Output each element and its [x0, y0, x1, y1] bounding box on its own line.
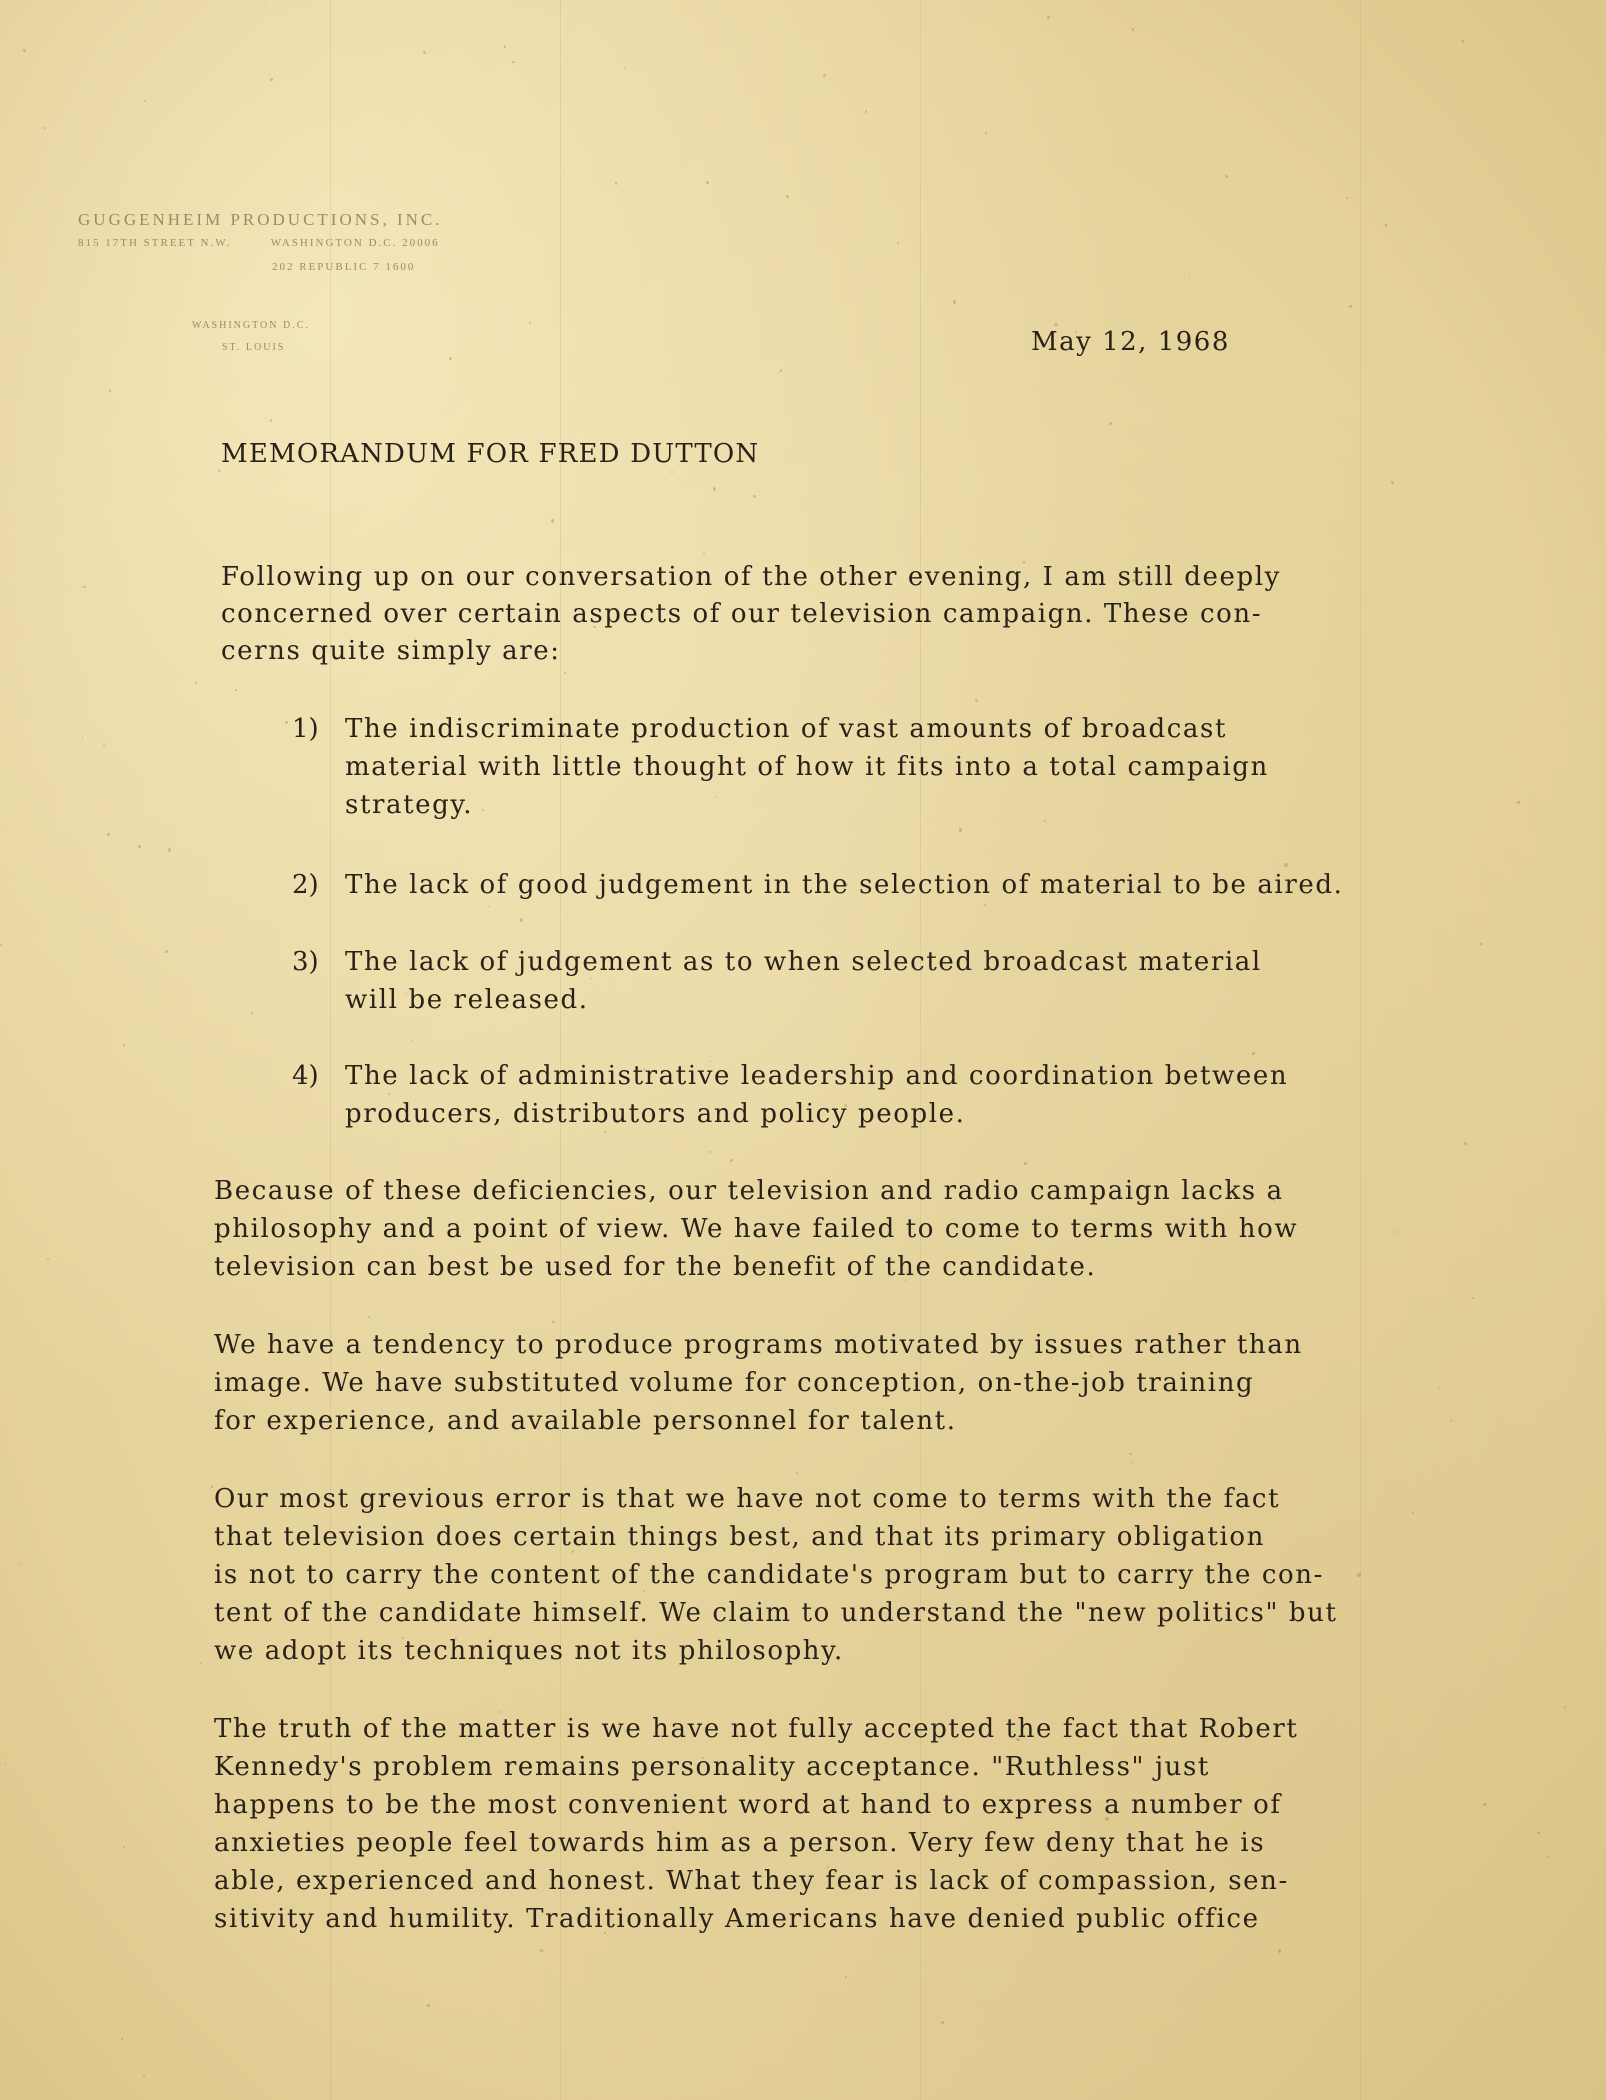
letterhead-street: 815 17th Street N.W.	[78, 237, 231, 249]
paper-speck	[1431, 1191, 1433, 1193]
paragraph-line: philosophy and a point of view. We have …	[214, 1216, 1298, 1242]
paper-speck	[1412, 1512, 1414, 1514]
paragraph-line: happens to be the most convenient word a…	[214, 1792, 1282, 1818]
concern-number: 3)	[292, 949, 319, 975]
paper-speck	[455, 1637, 457, 1639]
paper-speck	[643, 1590, 646, 1593]
concern-number: 4)	[292, 1063, 319, 1089]
paper-speck	[388, 1093, 390, 1095]
paper-speck	[624, 1731, 625, 1732]
paper-speck	[1016, 1738, 1019, 1741]
paper-speck	[123, 1044, 126, 1047]
paper-speck	[1129, 1453, 1131, 1455]
paper-speck	[564, 672, 566, 674]
paper-speck	[385, 1988, 387, 1990]
paper-speck	[168, 848, 171, 851]
paper-speck	[195, 682, 197, 684]
paper-speck	[703, 553, 705, 555]
paper-speck	[82, 737, 84, 739]
paper-speck	[563, 733, 566, 736]
paragraph-line: tent of the candidate himself. We claim …	[214, 1600, 1338, 1626]
intro-line: Following up on our conversation of the …	[221, 564, 1281, 590]
letterhead-office: St. Louis	[222, 342, 285, 353]
paper-speck	[1044, 820, 1046, 822]
paper-speck	[897, 242, 899, 244]
paper-speck	[572, 1550, 575, 1553]
paper-speck	[859, 585, 860, 586]
paper-fold-line	[1360, 0, 1361, 2100]
paper-speck	[1346, 197, 1348, 199]
paper-speck	[827, 1866, 829, 1868]
paper-speck	[831, 500, 832, 501]
letterhead-city: Washington D.C. 20006	[271, 237, 440, 249]
memo-title: MEMORANDUM FOR FRED DUTTON	[221, 441, 759, 467]
paper-speck	[564, 171, 565, 172]
memo-page: Guggenheim Productions, Inc. 815 17th St…	[0, 0, 1606, 2100]
paper-speck	[1278, 1949, 1281, 1952]
paper-speck	[1464, 1142, 1467, 1145]
paper-speck	[1131, 1462, 1132, 1463]
paper-speck	[488, 906, 489, 907]
paper-speck	[1503, 2032, 1504, 2033]
paper-speck	[845, 1976, 847, 1978]
paper-speck	[780, 369, 782, 371]
paper-speck	[1438, 1387, 1439, 1388]
paragraph-line: that television does certain things best…	[214, 1524, 1265, 1550]
paper-fold-line	[560, 0, 561, 2100]
paper-speck	[368, 1316, 370, 1318]
paper-speck	[713, 487, 716, 490]
paper-speck	[730, 1159, 733, 1162]
paper-speck	[83, 586, 85, 588]
paragraph-line: we adopt its techniques not its philosop…	[214, 1638, 844, 1664]
paper-speck	[529, 322, 531, 324]
paper-speck	[1537, 1832, 1540, 1835]
paper-speck	[984, 904, 986, 906]
paper-fold-line	[920, 0, 921, 2100]
paper-speck	[1184, 640, 1186, 642]
letterhead-phone: 202 Republic 7 1600	[272, 261, 415, 273]
paper-speck	[261, 1016, 262, 1017]
paper-speck	[1547, 1856, 1549, 1858]
paper-speck	[482, 809, 484, 811]
paragraph-line: for experience, and available personnel …	[214, 1408, 957, 1434]
paper-speck	[44, 127, 46, 129]
paper-speck	[1047, 16, 1050, 19]
paper-speck	[423, 51, 426, 54]
paper-speck	[865, 110, 868, 113]
paper-speck	[1252, 1052, 1255, 1055]
paper-speck	[427, 2004, 430, 2007]
concern-number: 2)	[292, 872, 319, 898]
paper-speck	[143, 2075, 145, 2077]
paper-speck	[1517, 801, 1520, 804]
paper-speck	[1482, 500, 1483, 501]
paragraph-line: Kennedy's problem remains personality ac…	[214, 1754, 1210, 1780]
paper-speck	[709, 1151, 711, 1153]
paper-speck	[844, 1104, 847, 1107]
paper-speck	[1075, 331, 1077, 333]
paper-speck	[107, 833, 110, 836]
paper-speck	[711, 2002, 712, 2003]
paper-speck	[615, 182, 618, 185]
paper-speck	[23, 49, 26, 52]
concern-line: The lack of administrative leadership an…	[345, 1063, 1288, 1089]
paper-speck	[345, 1229, 347, 1231]
paper-speck	[20, 1564, 21, 1565]
paper-speck	[796, 1472, 798, 1474]
paragraph-line: sitivity and humility. Traditionally Ame…	[214, 1906, 1260, 1932]
paper-speck	[975, 699, 978, 702]
concern-line: strategy.	[345, 792, 473, 818]
paper-speck	[47, 1258, 49, 1260]
paper-speck	[5, 1763, 6, 1764]
paper-speck	[138, 845, 141, 848]
paper-speck	[1210, 946, 1211, 947]
paper-speck	[953, 300, 956, 303]
paper-speck	[1385, 224, 1387, 226]
paper-speck	[337, 281, 338, 282]
intro-line: cerns quite simply are:	[221, 638, 561, 664]
paper-speck	[1479, 943, 1482, 946]
paper-speck	[624, 67, 626, 69]
paper-speck	[1357, 1573, 1360, 1576]
paper-speck	[1391, 481, 1394, 484]
paper-speck	[251, 1012, 253, 1014]
paper-speck	[1483, 1803, 1486, 1806]
paper-speck	[706, 181, 709, 184]
paragraph-line: The truth of the matter is we have not f…	[214, 1716, 1298, 1742]
paragraph-line: Our most grevious error is that we have …	[214, 1486, 1280, 1512]
paper-speck	[1565, 1304, 1566, 1305]
concern-line: material with little thought of how it f…	[345, 754, 1269, 780]
letterhead-office: Washington D.C.	[192, 320, 310, 331]
paper-speck	[1406, 1235, 1407, 1236]
concern-line: will be released.	[345, 987, 589, 1013]
paper-speck	[614, 1657, 616, 1659]
paper-speck	[1284, 863, 1287, 866]
paragraph-line: able, experienced and honest. What they …	[214, 1868, 1289, 1894]
paper-speck	[643, 1068, 645, 1070]
paper-speck	[604, 1932, 605, 1933]
paper-speck	[823, 74, 826, 77]
paper-speck	[109, 390, 110, 391]
intro-line: concerned over certain aspects of our te…	[221, 601, 1262, 627]
paper-speck	[551, 519, 554, 522]
paper-speck	[270, 78, 273, 81]
paper-speck	[512, 61, 515, 64]
paper-speck	[525, 214, 526, 215]
paragraph-line: television can best be used for the bene…	[214, 1254, 1096, 1280]
paper-speck	[959, 828, 962, 831]
concern-line: The lack of judgement as to when selecte…	[345, 949, 1262, 975]
paper-speck	[786, 195, 789, 198]
memo-date: May 12, 1968	[1031, 329, 1230, 355]
paper-speck	[144, 100, 146, 102]
paper-speck	[671, 1153, 672, 1154]
paper-speck	[1349, 305, 1352, 308]
paper-speck	[103, 745, 105, 747]
paper-speck	[604, 1131, 606, 1133]
paper-speck	[1090, 1355, 1092, 1357]
paper-speck	[1450, 1420, 1452, 1422]
letterhead-company: Guggenheim Productions, Inc.	[78, 210, 443, 230]
paper-speck	[121, 2038, 123, 2040]
paper-speck	[1166, 1783, 1167, 1784]
paper-speck	[1472, 1297, 1473, 1298]
paragraph-line: Because of these deficiencies, our telev…	[214, 1178, 1284, 1204]
paper-speck	[941, 2021, 944, 2024]
paper-speck	[34, 1125, 35, 1126]
paper-speck	[1189, 276, 1191, 278]
paper-speck	[123, 1846, 125, 1848]
paper-speck	[270, 419, 273, 422]
paper-speck	[1156, 1327, 1158, 1329]
paper-speck	[1225, 175, 1228, 178]
paper-speck	[1054, 323, 1057, 326]
paper-speck	[1462, 40, 1464, 42]
paper-speck	[630, 1437, 632, 1439]
paper-speck	[263, 2, 264, 3]
paper-speck	[294, 1378, 296, 1380]
paper-speck	[1109, 422, 1112, 425]
paper-speck	[518, 749, 519, 750]
paper-speck	[1132, 28, 1135, 31]
paragraph-line: anxieties people feel towards him as a p…	[214, 1830, 1265, 1856]
paper-speck	[552, 1321, 554, 1323]
paper-speck	[753, 495, 756, 498]
paper-speck	[235, 689, 236, 690]
paper-speck	[218, 469, 221, 472]
paragraph-line: image. We have substituted volume for co…	[214, 1370, 1254, 1396]
paragraph-line: is not to carry the content of the candi…	[214, 1562, 1324, 1588]
concern-number: 1)	[292, 716, 319, 742]
paper-speck	[985, 132, 987, 134]
paper-speck	[200, 1662, 202, 1664]
concern-line: producers, distributors and policy peopl…	[345, 1101, 965, 1127]
paper-speck	[765, 869, 766, 870]
paragraph-line: We have a tendency to produce programs m…	[214, 1332, 1303, 1358]
paper-fold-line	[330, 0, 331, 2100]
paper-speck	[1396, 1231, 1398, 1233]
paper-speck	[716, 796, 717, 797]
paper-speck	[0, 944, 2, 946]
concern-line: The indiscriminate production of vast am…	[345, 716, 1227, 742]
paper-speck	[411, 1040, 412, 1041]
letterhead-address: 815 17th Street N.W. Washington D.C. 200…	[78, 237, 440, 249]
paper-speck	[449, 357, 452, 360]
paper-speck	[520, 918, 523, 921]
paper-speck	[504, 45, 506, 47]
paper-speck	[165, 950, 168, 953]
paper-speck	[671, 471, 673, 473]
paper-speck	[1274, 1200, 1275, 1201]
paper-speck	[1564, 1706, 1566, 1708]
paper-speck	[1105, 1817, 1108, 1820]
paper-speck	[792, 62, 793, 63]
paper-speck	[590, 978, 591, 979]
paper-speck	[406, 993, 407, 994]
paper-speck	[1024, 1162, 1027, 1165]
paper-speck	[540, 1949, 543, 1952]
paper-speck	[991, 208, 992, 209]
paper-speck	[285, 721, 288, 724]
